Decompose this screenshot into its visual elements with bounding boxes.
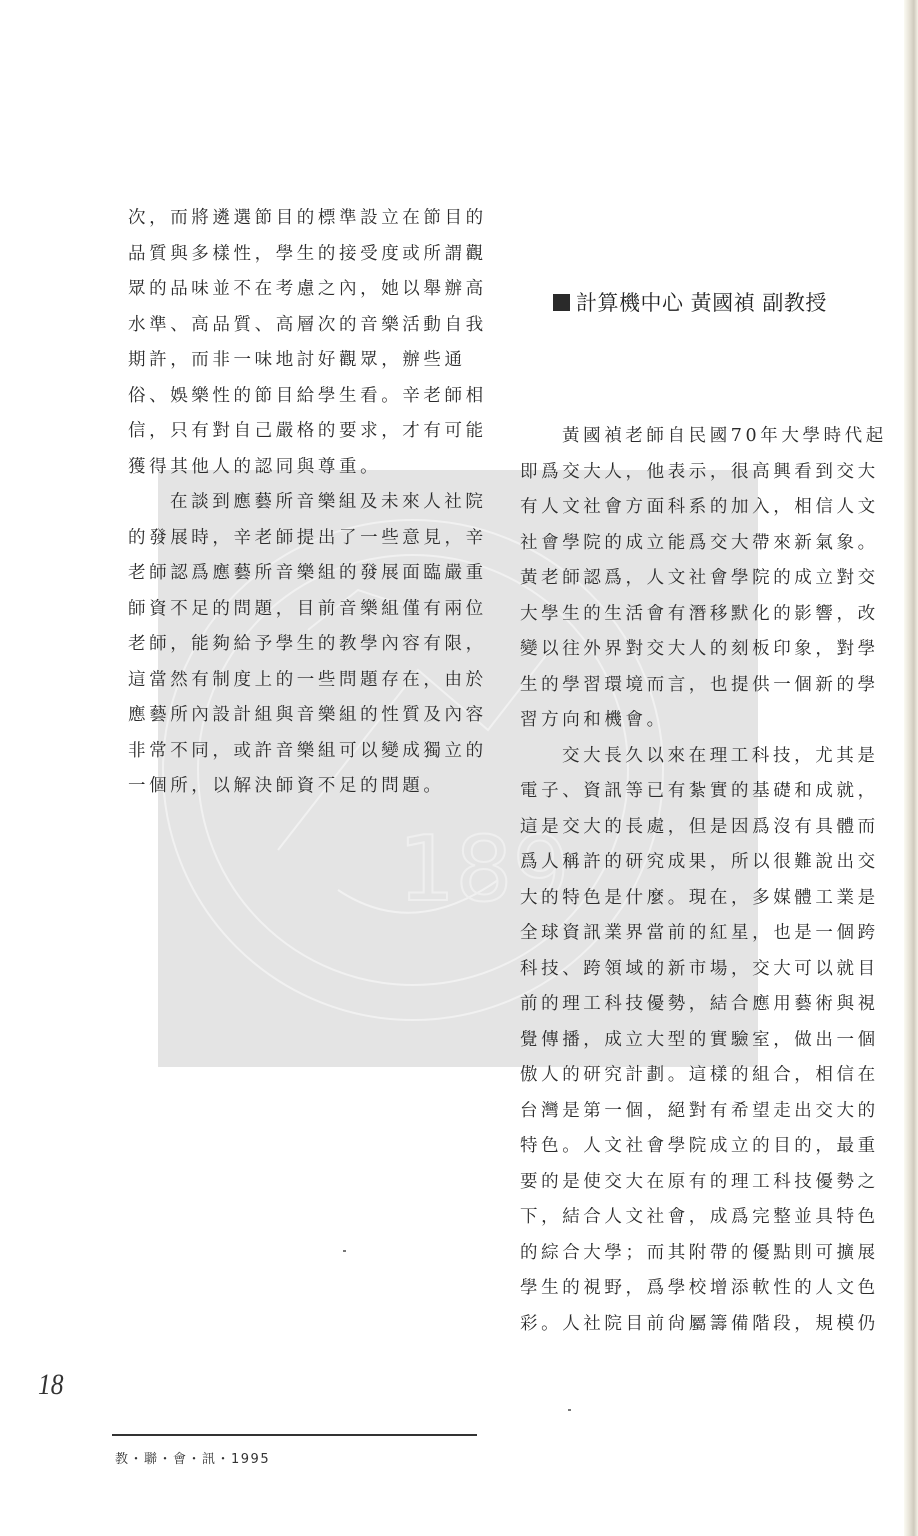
page-edge-shadow [904, 0, 918, 1536]
left-column: 次，而將遴選節目的標準設立在節目的 品質與多樣性，學生的接受度或所謂觀 眾的品味… [128, 201, 498, 805]
text-line: 的發展時，辛老師提出了一些意見，辛 [128, 521, 498, 557]
text-line: 次，而將遴選節目的標準設立在節目的 [128, 201, 498, 237]
text-line: 水準、高品質、高層次的音樂活動自我 [128, 308, 498, 344]
text-line: 傲人的研究計劃。這樣的組合，相信在 [520, 1058, 890, 1094]
paragraph: 次，而將遴選節目的標準設立在節目的 品質與多樣性，學生的接受度或所謂觀 眾的品味… [128, 201, 498, 485]
text-line: 在談到應藝所音樂組及未來人社院 [128, 485, 498, 521]
right-column: 黃國禎老師自民國70年大學時代起 即爲交大人，他表示，很高興看到交大 有人文社會… [520, 419, 890, 1342]
text-line: 變以往外界對交大人的刻板印象，對學 [520, 632, 890, 668]
page-number: 18 [38, 1368, 64, 1402]
text-line: 老師認爲應藝所音樂組的發展面臨嚴重 [128, 556, 498, 592]
text-line: 師資不足的問題，目前音樂組僅有兩位 [128, 592, 498, 628]
text-line: 這當然有制度上的一些問題存在，由於 [128, 663, 498, 699]
text-line: 交大長久以來在理工科技，尤其是 [520, 739, 890, 775]
text-line: 爲人稱許的研究成果，所以很難說出交 [520, 845, 890, 881]
text-line: 黃國禎老師自民國70年大學時代起 [520, 419, 890, 455]
text-line: 黃老師認爲，人文社會學院的成立對交 [520, 561, 890, 597]
scan-speck [343, 1250, 346, 1252]
paragraph: 交大長久以來在理工科技，尤其是 電子、資訊等已有紮實的基礎和成就， 這是交大的長… [520, 739, 890, 1343]
footer-publication: 教・聯・會・訊・1995 [115, 1448, 270, 1467]
text-line: 學生的視野，爲學校增添軟性的人文色 [520, 1271, 890, 1307]
text-line: 有人文社會方面科系的加入，相信人文 [520, 490, 890, 526]
text-line: 科技、跨領域的新市場，交大可以就目 [520, 952, 890, 988]
section-heading: 計算機中心 黃國禎 副教授 [553, 287, 827, 317]
text-line: 一個所，以解決師資不足的問題。 [128, 769, 498, 805]
text-line: 要的是使交大在原有的理工科技優勢之 [520, 1165, 890, 1201]
text-line: 大學生的生活會有潛移默化的影響，改 [520, 597, 890, 633]
text-line: 電子、資訊等已有紮實的基礎和成就， [520, 774, 890, 810]
text-line: 獲得其他人的認同與尊重。 [128, 450, 498, 486]
paragraph: 在談到應藝所音樂組及未來人社院 的發展時，辛老師提出了一些意見，辛 老師認爲應藝… [128, 485, 498, 805]
paragraph: 黃國禎老師自民國70年大學時代起 即爲交大人，他表示，很高興看到交大 有人文社會… [520, 419, 890, 739]
text-line: 覺傳播，成立大型的實驗室，做出一個 [520, 1023, 890, 1059]
text-line: 台灣是第一個，絕對有希望走出交大的 [520, 1094, 890, 1130]
text-line: 大的特色是什麼。現在，多媒體工業是 [520, 881, 890, 917]
text-line: 信，只有對自己嚴格的要求，才有可能 [128, 414, 498, 450]
scan-speck [568, 1409, 571, 1411]
text-line: 特色。人文社會學院成立的目的，最重 [520, 1129, 890, 1165]
square-bullet-icon [553, 294, 570, 311]
text-line: 這是交大的長處，但是因爲沒有具體而 [520, 810, 890, 846]
text-line: 前的理工科技優勢，結合應用藝術與視 [520, 987, 890, 1023]
text-line: 期許，而非一味地討好觀眾，辦些通 [128, 343, 498, 379]
text-line: 生的學習環境而言，也提供一個新的學 [520, 668, 890, 704]
text-line: 應藝所內設計組與音樂組的性質及內容 [128, 698, 498, 734]
text-line: 的綜合大學；而其附帶的優點則可擴展 [520, 1236, 890, 1272]
text-line: 彩。人社院目前尙屬籌備階段，規模仍 [520, 1307, 890, 1343]
text-line: 習方向和機會。 [520, 703, 890, 739]
text-line: 社會學院的成立能爲交大帶來新氣象。 [520, 526, 890, 562]
text-line: 俗、娛樂性的節目給學生看。辛老師相 [128, 379, 498, 415]
text-line: 眾的品味並不在考慮之內，她以舉辦高 [128, 272, 498, 308]
section-heading-text: 計算機中心 黃國禎 副教授 [576, 291, 827, 315]
text-line: 即爲交大人，他表示，很高興看到交大 [520, 455, 890, 491]
text-line: 下，結合人文社會，成爲完整並具特色 [520, 1200, 890, 1236]
text-line: 非常不同，或許音樂組可以變成獨立的 [128, 734, 498, 770]
text-line: 全球資訊業界當前的紅星，也是一個跨 [520, 916, 890, 952]
text-line: 老師，能夠給予學生的教學內容有限， [128, 627, 498, 663]
text-line: 品質與多樣性，學生的接受度或所謂觀 [128, 237, 498, 273]
footer-divider [112, 1434, 477, 1436]
